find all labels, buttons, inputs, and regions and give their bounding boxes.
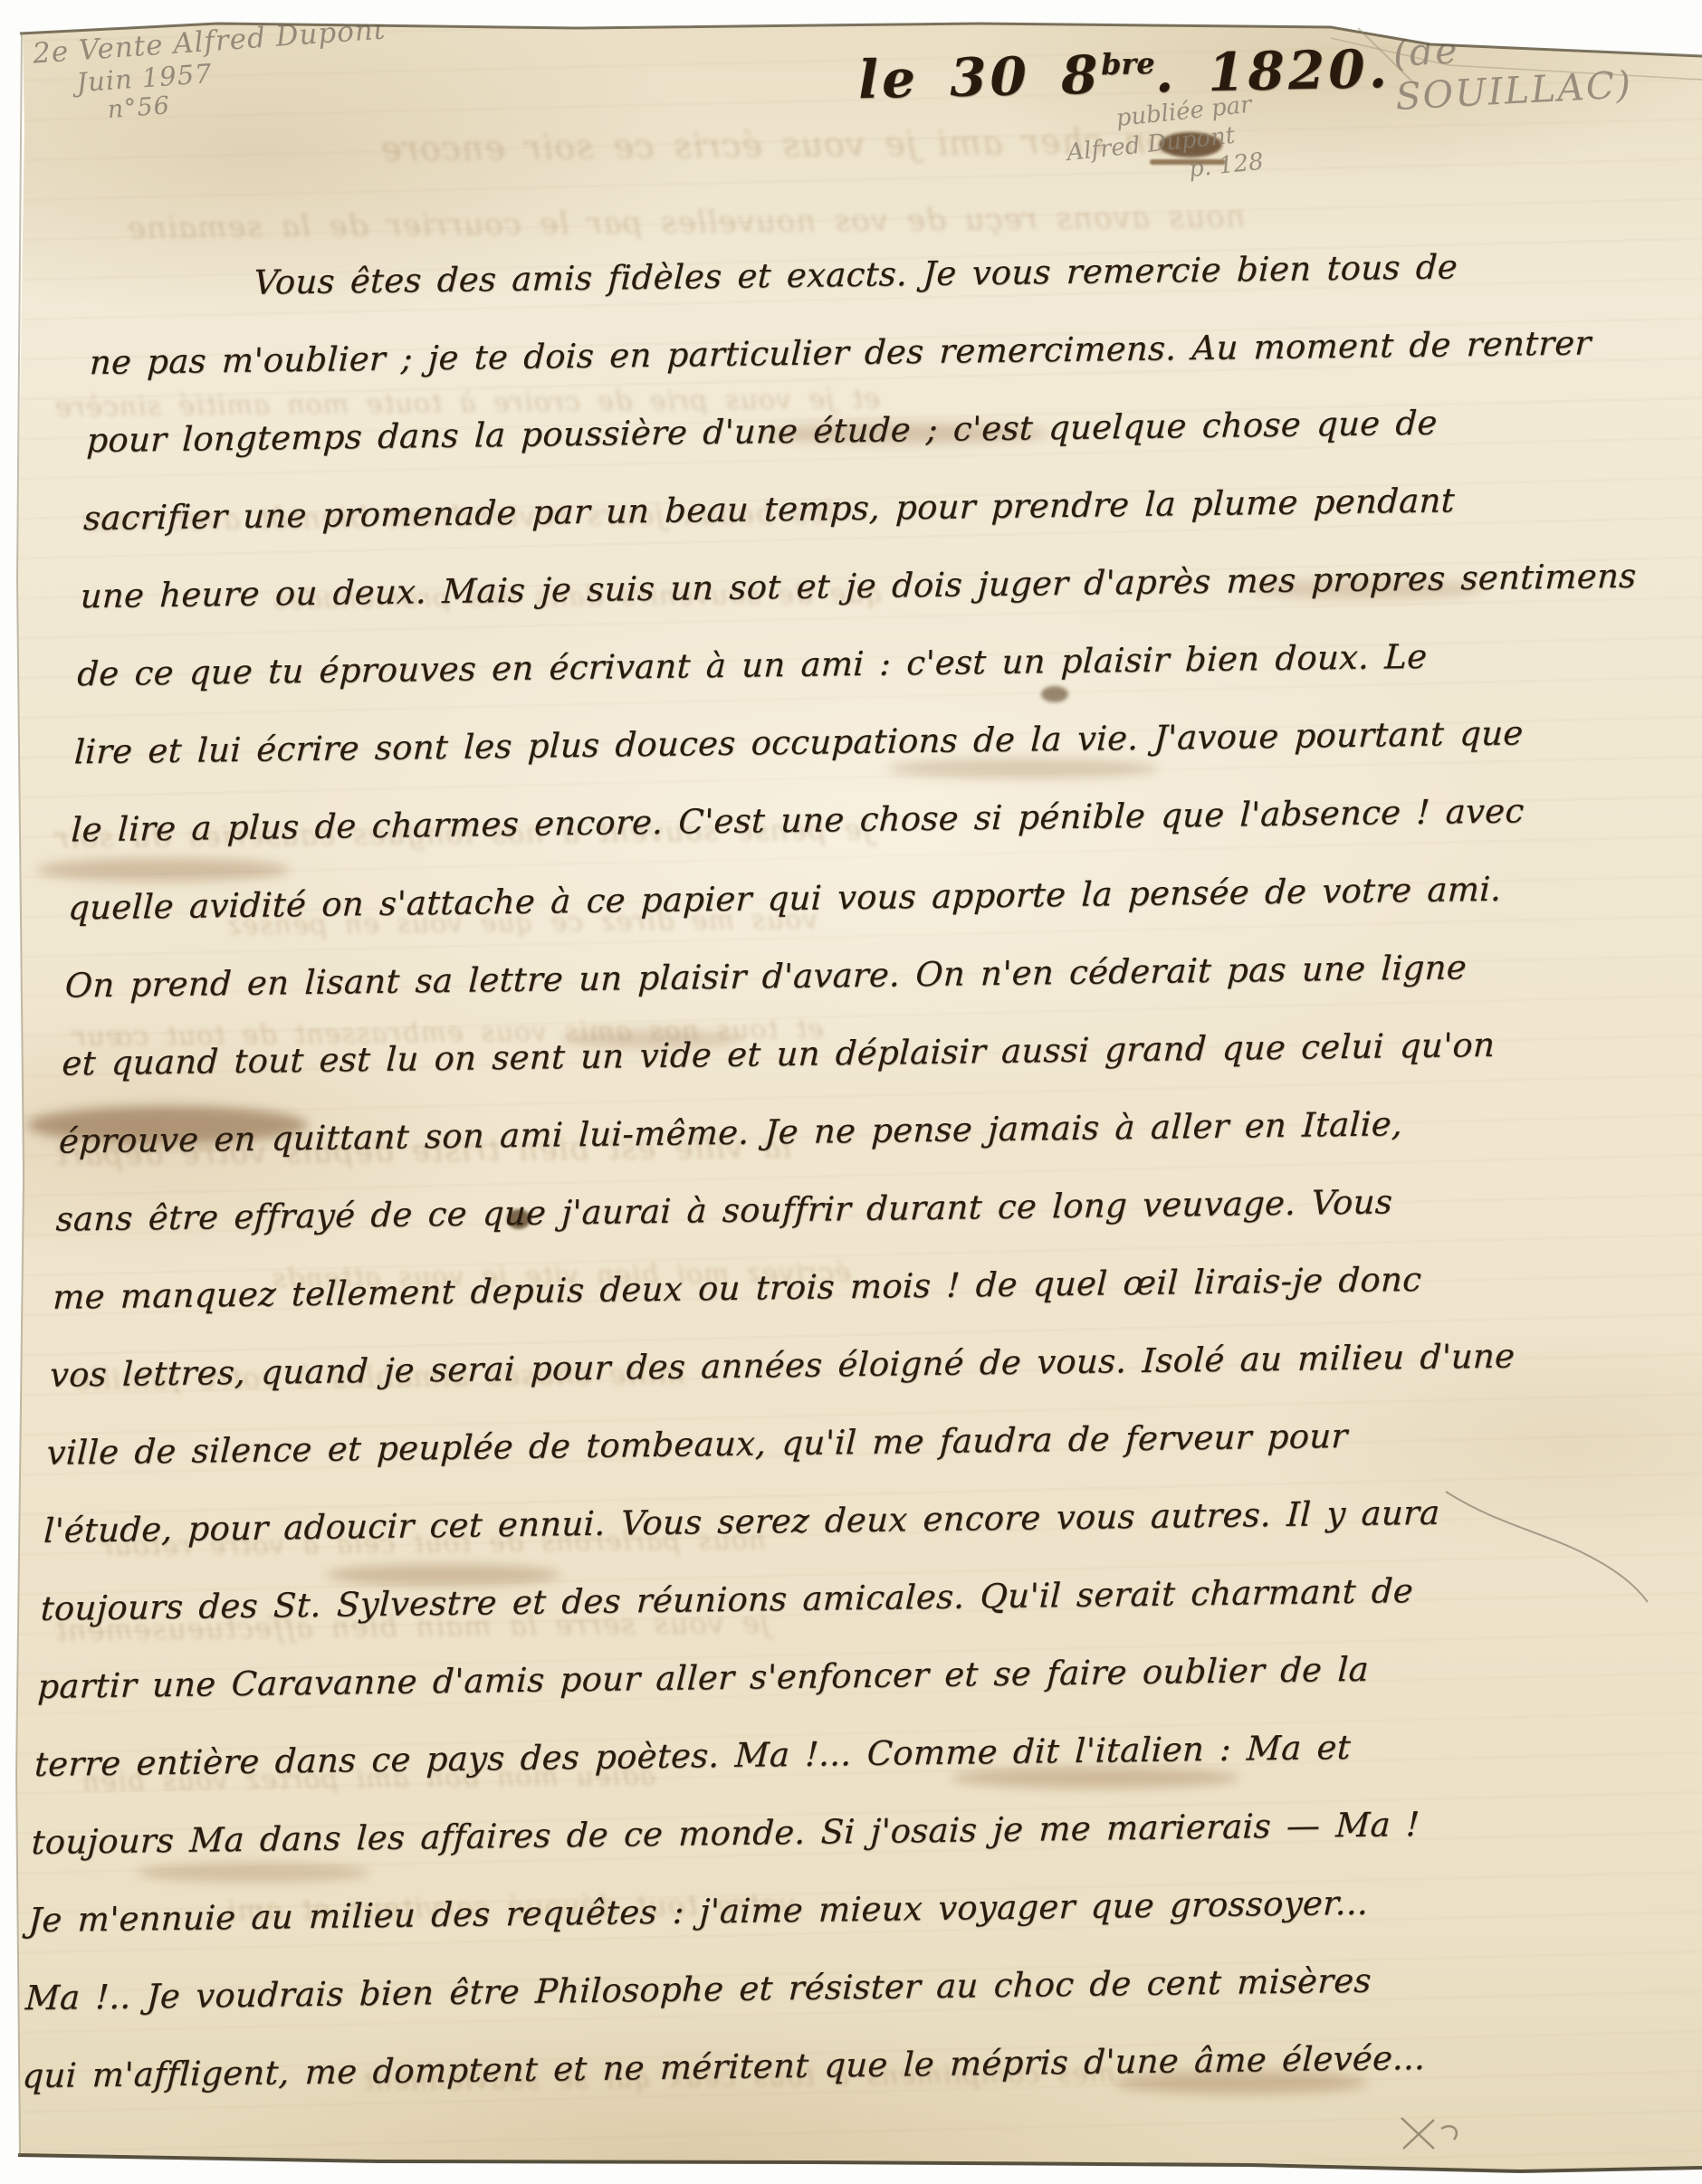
scanned-letter-page: mon cher ami je vous écris ce soir encor… bbox=[0, 0, 1702, 2184]
date-text: le 30 8 bbox=[857, 44, 1102, 111]
pencil-annotation-sale: 2e Vente Alfred Dupont Juin 1957 n°56 bbox=[32, 13, 391, 129]
letter-body: Vous êtes des amis fidèles et exacts. Je… bbox=[21, 226, 1633, 2115]
pencil-annotation-origin: (de SOUILLAC) bbox=[1392, 15, 1702, 119]
letter-dateline: le 30 8bre. 1820. bbox=[857, 38, 1391, 110]
paper-sheet: mon cher ami je vous écris ce soir encor… bbox=[0, 0, 1702, 2184]
date-text: . 1820. bbox=[1154, 38, 1391, 104]
date-superscript: bre bbox=[1101, 46, 1155, 81]
